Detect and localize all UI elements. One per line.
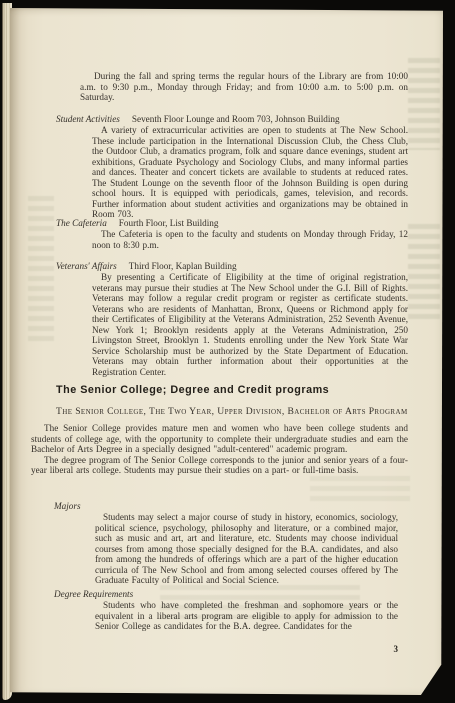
senior-college-intro: The Senior College provides mature men a… [31,423,408,476]
cafeteria-paragraph: The Cafeteria is open to the faculty and… [92,229,408,250]
section-location: Fourth Floor, List Building [119,218,219,228]
scan-background: During the fall and spring terms the reg… [0,0,455,703]
intro-paragraph: The degree program of The Senior College… [31,455,408,476]
ink-bleed-through [408,224,440,320]
student-activities-paragraph: A variety of extracurricular activities … [92,125,408,220]
section-label: Student Activities [56,114,120,124]
section-label: The Cafeteria [56,218,107,228]
section-label: Veterans' Affairs [56,261,117,271]
section-location: Seventh Floor Lounge and Room 703, Johns… [132,114,340,124]
veterans-affairs-heading: Veterans' AffairsThird Floor, Kaplan Bui… [56,261,237,272]
senior-college-heading: The Senior College; Degree and Credit pr… [56,384,329,396]
section-location: Third Floor, Kaplan Building [129,261,237,271]
degree-requirements-paragraph: Students who have completed the freshman… [95,600,398,632]
senior-college-subheading: The Senior College, The Two Year, Upper … [56,407,416,418]
student-activities-heading: Student ActivitiesSeventh Floor Lounge a… [56,114,340,125]
ink-bleed-through [408,58,440,150]
ink-bleed-through [28,196,54,346]
majors-label: Majors [54,501,81,512]
degree-requirements-label: Degree Requirements [54,589,133,600]
majors-paragraph: Students may select a major course of st… [95,512,398,586]
ink-bleed-through [310,476,410,502]
intro-paragraph: The Senior College provides mature men a… [31,423,408,455]
library-hours-paragraph: During the fall and spring terms the reg… [80,71,408,103]
cafeteria-heading: The CafeteriaFourth Floor, List Building [56,218,218,229]
veterans-affairs-paragraph: By presenting a Certificate of Eligibili… [92,272,408,377]
catalog-page: During the fall and spring terms the reg… [10,8,443,695]
page-number: 3 [378,644,398,655]
